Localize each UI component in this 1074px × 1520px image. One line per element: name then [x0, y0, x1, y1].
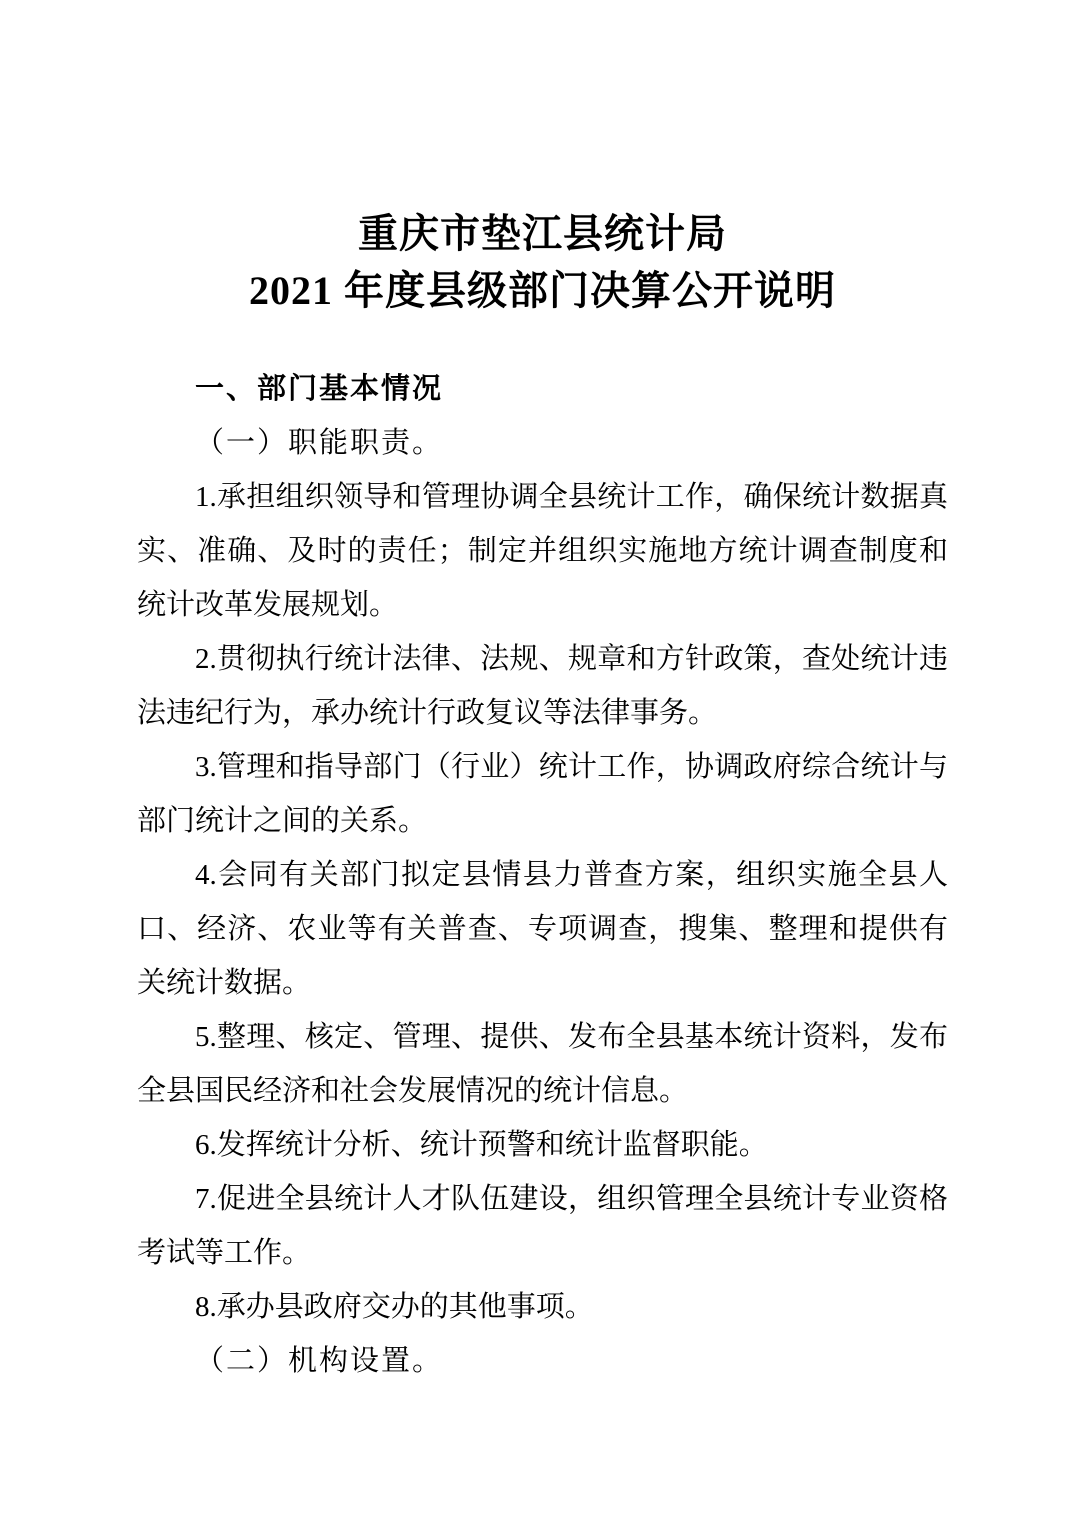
- section-heading-1: 一、部门基本情况: [137, 362, 948, 416]
- duty-paragraph-2: 2.贯彻执行统计法律、法规、规章和方针政策，查处统计违法违纪行为，承办统计行政复…: [137, 632, 948, 740]
- duty-paragraph-6: 6.发挥统计分析、统计预警和统计监督职能。: [137, 1118, 948, 1172]
- duty-paragraph-8: 8.承办县政府交办的其他事项。: [137, 1280, 948, 1334]
- document-title-line1: 重庆市垫江县统计局: [137, 205, 948, 262]
- document-title-line2: 2021 年度县级部门决算公开说明: [137, 262, 948, 319]
- duty-paragraph-4: 4.会同有关部门拟定县情县力普查方案，组织实施全县人口、经济、农业等有关普查、专…: [137, 848, 948, 1010]
- duty-paragraph-3: 3.管理和指导部门（行业）统计工作，协调政府综合统计与部门统计之间的关系。: [137, 740, 948, 848]
- document-title: 重庆市垫江县统计局 2021 年度县级部门决算公开说明: [137, 205, 948, 319]
- duty-paragraph-7: 7.促进全县统计人才队伍建设，组织管理全县统计专业资格考试等工作。: [137, 1172, 948, 1280]
- subsection-heading-organization: （二）机构设置。: [137, 1334, 948, 1388]
- duty-paragraph-1: 1.承担组织领导和管理协调全县统计工作，确保统计数据真实、准确、及时的责任；制定…: [137, 470, 948, 632]
- subsection-heading-duties: （一）职能职责。: [137, 416, 948, 470]
- document-page: 重庆市垫江县统计局 2021 年度县级部门决算公开说明 一、部门基本情况 （一）…: [0, 0, 1074, 1520]
- duty-paragraph-5: 5.整理、核定、管理、提供、发布全县基本统计资料，发布全县国民经济和社会发展情况…: [137, 1010, 948, 1118]
